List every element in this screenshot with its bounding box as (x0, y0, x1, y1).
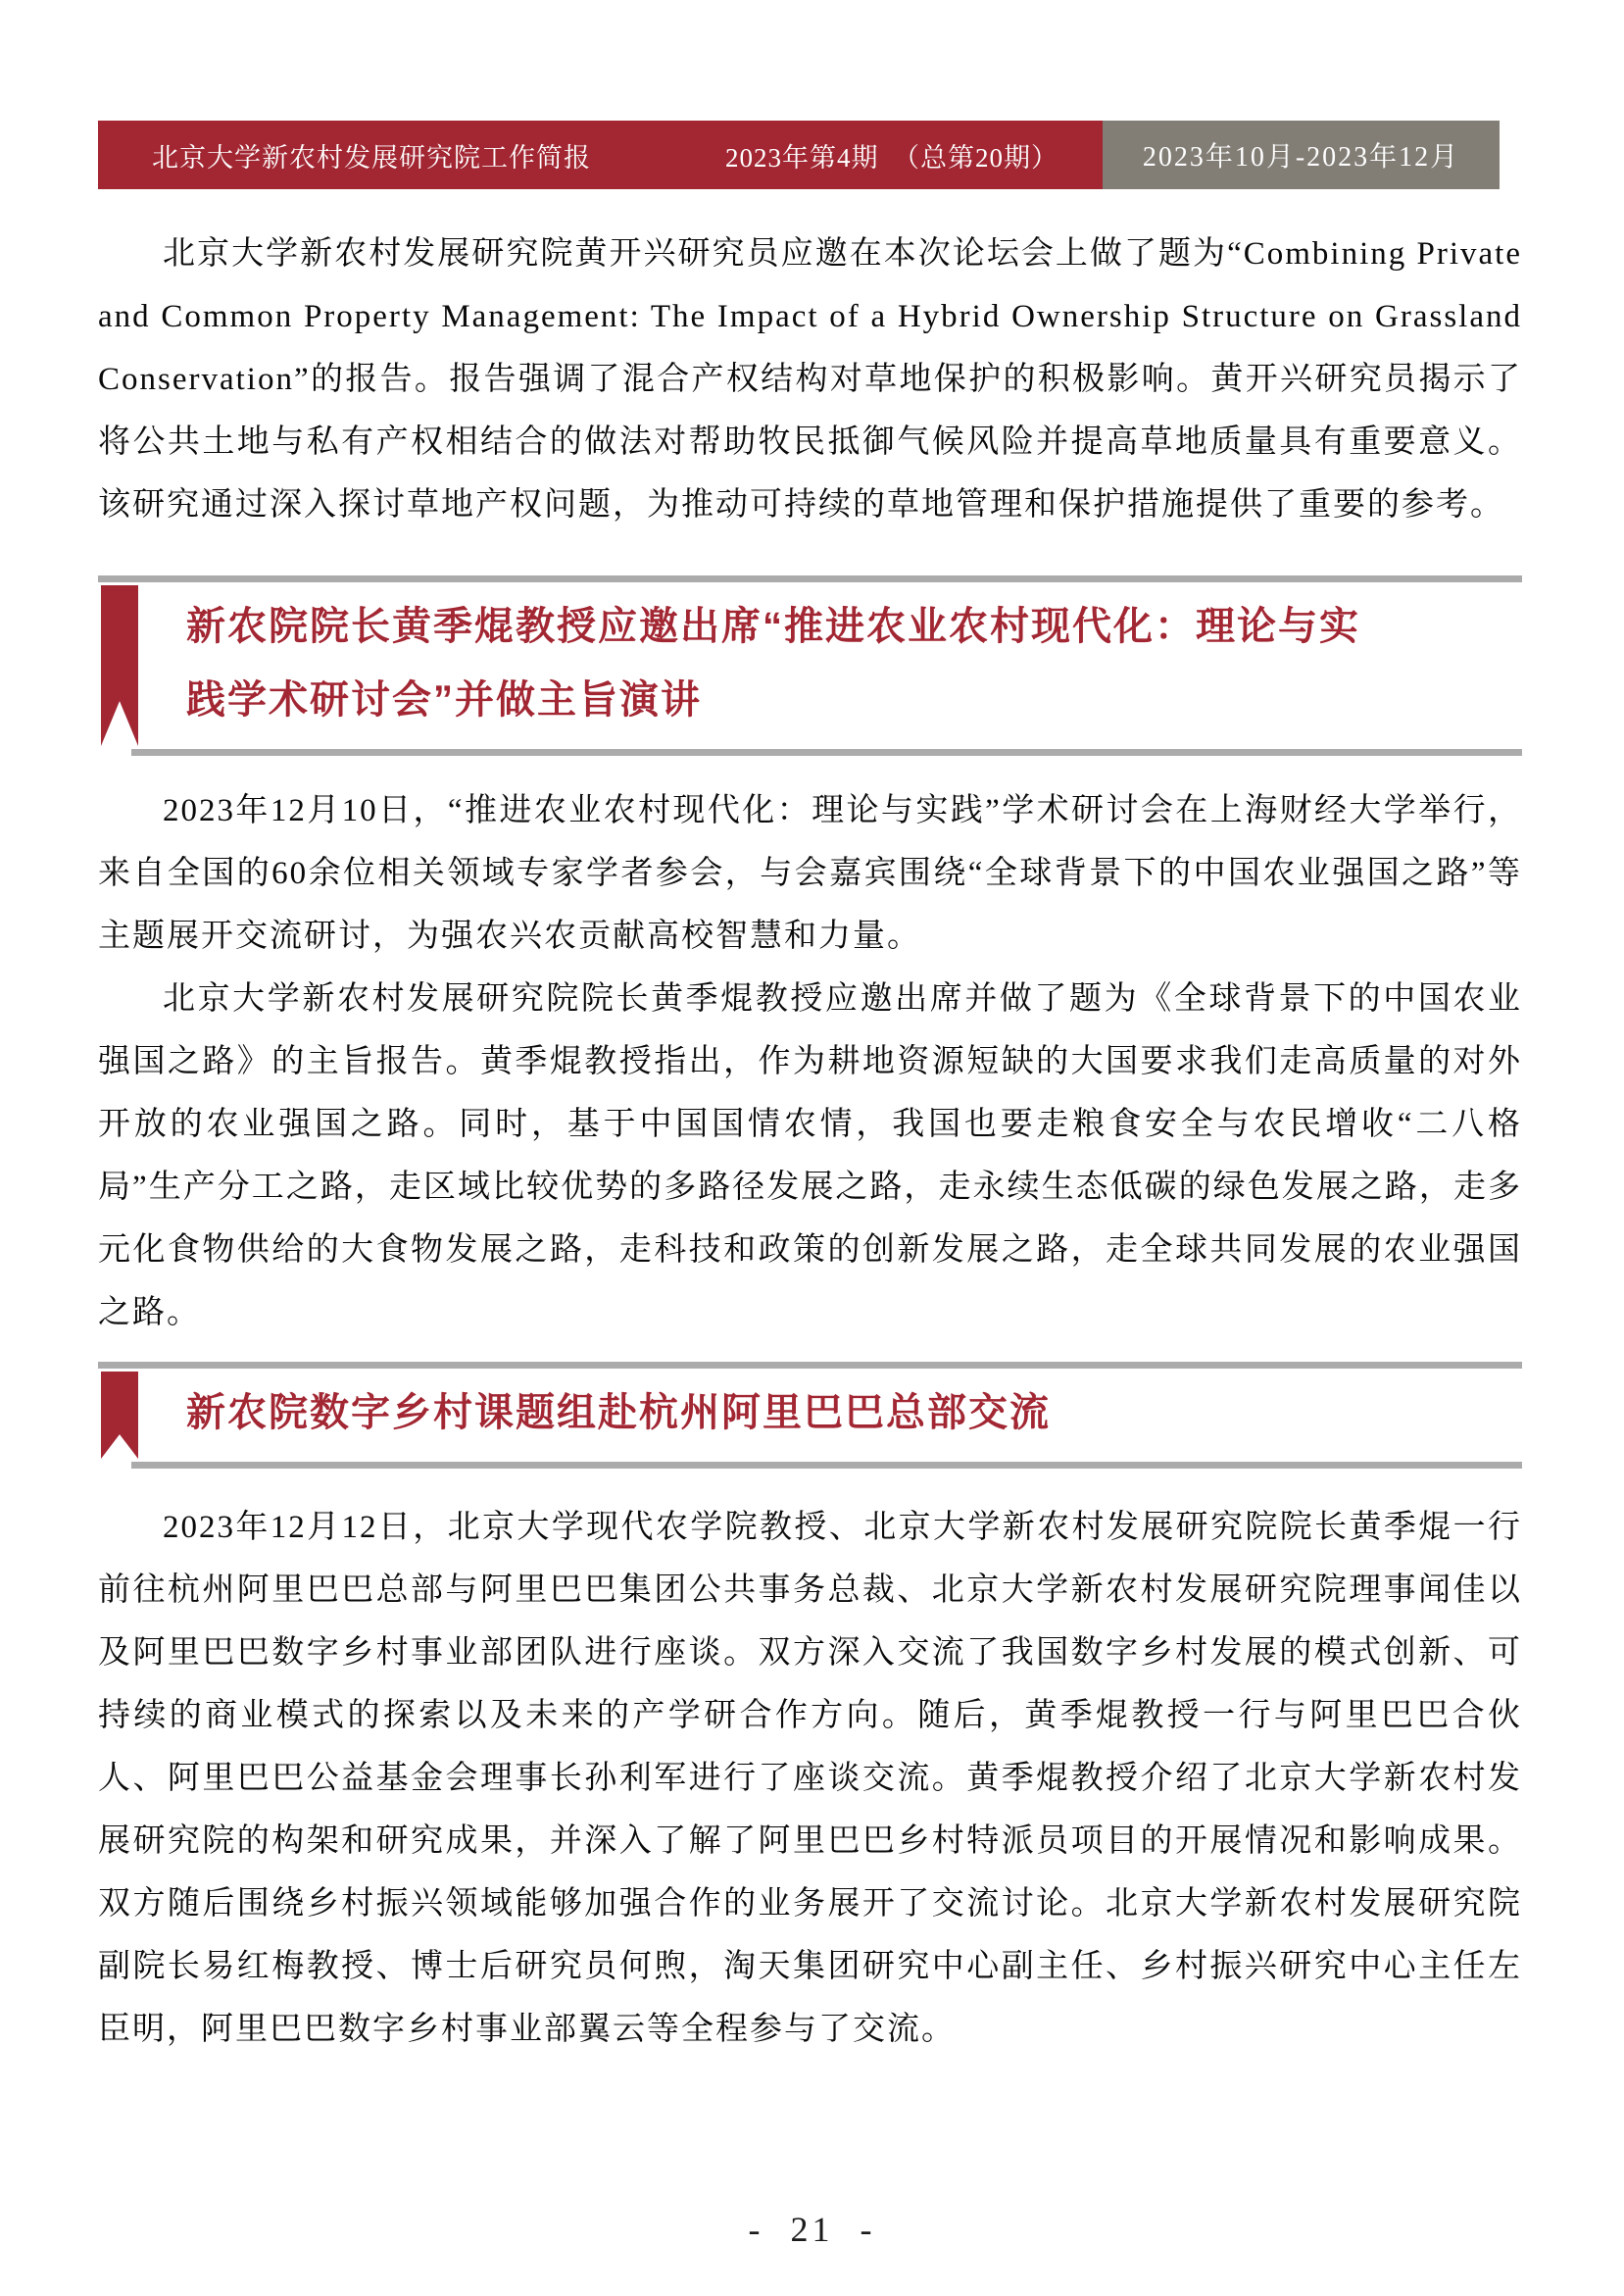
issue-number-label: 2023年第4期 （总第20期） (725, 136, 1058, 175)
divider (98, 1362, 1522, 1369)
paragraph-symposium-overview: 2023年12月10日，“推进农业农村现代化：理论与实践”学术研讨会在上海财经大… (98, 779, 1522, 968)
article-body: 北京大学新农村发展研究院黄开兴研究员应邀在本次论坛会上做了题为“Combinin… (98, 189, 1522, 2061)
section-2-title: 新农院数字乡村课题组赴杭州阿里巴巴总部交流 (98, 1369, 1421, 1462)
header-red-band: 北京大学新农村发展研究院工作简报 2023年第4期 （总第20期） (98, 121, 1103, 189)
section-heading-2: 新农院数字乡村课题组赴杭州阿里巴巴总部交流 (98, 1362, 1522, 1469)
divider (131, 1462, 1522, 1469)
paragraph-forum-report: 北京大学新农村发展研究院黄开兴研究员应邀在本次论坛会上做了题为“Combinin… (98, 223, 1522, 536)
paragraph-alibaba-visit: 2023年12月12日，北京大学现代农学院教授、北京大学新农村发展研究院院长黄季… (98, 1496, 1522, 2061)
section-heading-1: 新农院院长黄季焜教授应邀出席“推进农业农村现代化：理论与实践学术研讨会”并做主旨… (98, 575, 1522, 756)
page-number: - 21 - (0, 2209, 1624, 2250)
newsletter-title: 北京大学新农村发展研究院工作简报 (152, 136, 591, 175)
divider (131, 749, 1522, 756)
section-1-title: 新农院院长黄季焜教授应邀出席“推进农业农村现代化：理论与实践学术研讨会”并做主旨… (98, 582, 1421, 749)
period-label: 2023年10月-2023年12月 (1103, 121, 1500, 189)
paragraph-keynote-report: 北京大学新农村发展研究院院长黄季焜教授应邀出席并做了题为《全球背景下的中国农业强… (98, 968, 1522, 1344)
divider (98, 575, 1522, 582)
header-bar: 北京大学新农村发展研究院工作简报 2023年第4期 （总第20期） 2023年1… (98, 121, 1500, 189)
newsletter-page: 北京大学新农村发展研究院工作简报 2023年第4期 （总第20期） 2023年1… (0, 0, 1624, 2296)
